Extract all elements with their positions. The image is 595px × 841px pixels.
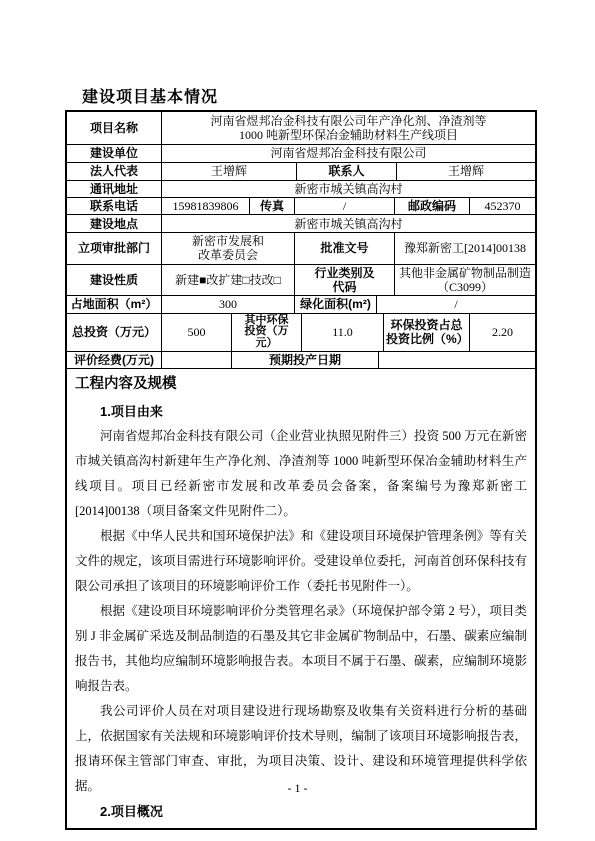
paragraph-3: 根据《建设项目环境影响评价分类管理名录》（环境保护部令第 2 号），项目类别 J… [75,599,527,699]
total-investment-label: 总投资（万元） [67,314,162,351]
production-date-value [379,352,535,368]
address-value: 新密市城关镇高沟村 [162,181,535,197]
row-investment: 总投资（万元） 500 其中环保 投资（万 元） 11.0 环保投资占总 投资比… [67,314,535,352]
build-unit-label: 建设单位 [67,145,162,162]
contact-person-value: 王增辉 [397,163,535,180]
subsection-2-title: 2.项目概况 [75,799,527,824]
env-investment-value: 11.0 [302,314,384,351]
row-project-name: 项目名称 河南省煜邦冶金科技有限公司年产净化剂、净渣剂等 1000 吨新型环保冶… [67,112,535,145]
row-eval-fee: 评价经费(万元) 预期投产日期 [67,352,535,369]
legal-rep-label: 法人代表 [67,163,162,180]
location-value: 新密市城关镇高沟村 [162,215,535,232]
project-content-cell: 工程内容及规模 1.项目由来 河南省煜邦冶金科技有限公司（企业营业执照见附件三）… [67,369,535,828]
approval-no-label: 批准文号 [295,233,395,263]
contact-person-label: 联系人 [297,163,397,180]
paragraph-1: 河南省煜邦冶金科技有限公司（企业营业执照见附件三）投资 500 万元在新密市城关… [75,424,527,524]
postcode-label: 邮政编码 [395,198,470,214]
page-title: 建设项目基本情况 [82,84,218,107]
project-name-label: 项目名称 [67,112,162,144]
page-number: - 1 - [0,781,595,796]
row-approval-dept: 立项审批部门 新密市发展和 改革委员会 批准文号 豫郑新密工[2014]0013… [67,233,535,264]
row-location: 建设地点 新密市城关镇高沟村 [67,215,535,233]
document-page: 建设项目基本情况 项目名称 河南省煜邦冶金科技有限公司年产净化剂、净渣剂等 10… [0,0,595,841]
industry-label: 行业类别及 代码 [295,265,395,295]
env-ratio-value: 2.20 [470,314,535,351]
phone-value: 15981839806 [162,198,250,214]
green-area-value: / [377,296,535,313]
industry-value: 其他非金属矿物制品制造 （C3099） [395,265,535,295]
env-investment-label: 其中环保 投资（万 元） [232,314,302,351]
subsection-1-title: 1.项目由来 [75,399,527,424]
build-unit-value: 河南省煜邦冶金科技有限公司 [162,145,535,162]
phone-label: 联系电话 [67,198,162,214]
approval-dept-label: 立项审批部门 [67,233,162,263]
location-label: 建设地点 [67,215,162,232]
production-date-label: 预期投产日期 [232,352,379,368]
legal-rep-value: 王增辉 [162,163,297,180]
row-legal-rep: 法人代表 王增辉 联系人 王增辉 [67,163,535,181]
total-investment-value: 500 [162,314,232,351]
nature-value: 新建■改扩建□技改□ [162,265,295,295]
eval-fee-value [162,352,232,368]
paragraph-2: 根据《中华人民共和国环境保护法》和《建设项目环境保护管理条例》等有关文件的规定，… [75,524,527,599]
row-land-area: 占地面积（m²） 300 绿化面积(m²) / [67,296,535,314]
row-nature: 建设性质 新建■改扩建□技改□ 行业类别及 代码 其他非金属矿物制品制造 （C3… [67,265,535,296]
section-heading: 工程内容及规模 [75,376,527,393]
approval-dept-value: 新密市发展和 改革委员会 [162,233,295,263]
row-address: 通讯地址 新密市城关镇高沟村 [67,181,535,198]
project-info-table: 项目名称 河南省煜邦冶金科技有限公司年产净化剂、净渣剂等 1000 吨新型环保冶… [65,110,537,830]
approval-no-value: 豫郑新密工[2014]00138 [395,233,535,263]
address-label: 通讯地址 [67,181,162,197]
fax-value: / [295,198,395,214]
fax-label: 传真 [250,198,295,214]
eval-fee-label: 评价经费(万元) [67,352,162,368]
row-phone: 联系电话 15981839806 传真 / 邮政编码 452370 [67,198,535,215]
row-project-content: 工程内容及规模 1.项目由来 河南省煜邦冶金科技有限公司（企业营业执照见附件三）… [67,369,535,828]
nature-label: 建设性质 [67,265,162,295]
project-name-value: 河南省煜邦冶金科技有限公司年产净化剂、净渣剂等 1000 吨新型环保冶金辅助材料… [162,112,535,144]
postcode-value: 452370 [470,198,535,214]
env-ratio-label: 环保投资占总 投资比例（%） [384,314,470,351]
land-area-label: 占地面积（m²） [67,296,162,313]
land-area-value: 300 [162,296,295,313]
green-area-label: 绿化面积(m²) [295,296,377,313]
row-build-unit: 建设单位 河南省煜邦冶金科技有限公司 [67,145,535,163]
